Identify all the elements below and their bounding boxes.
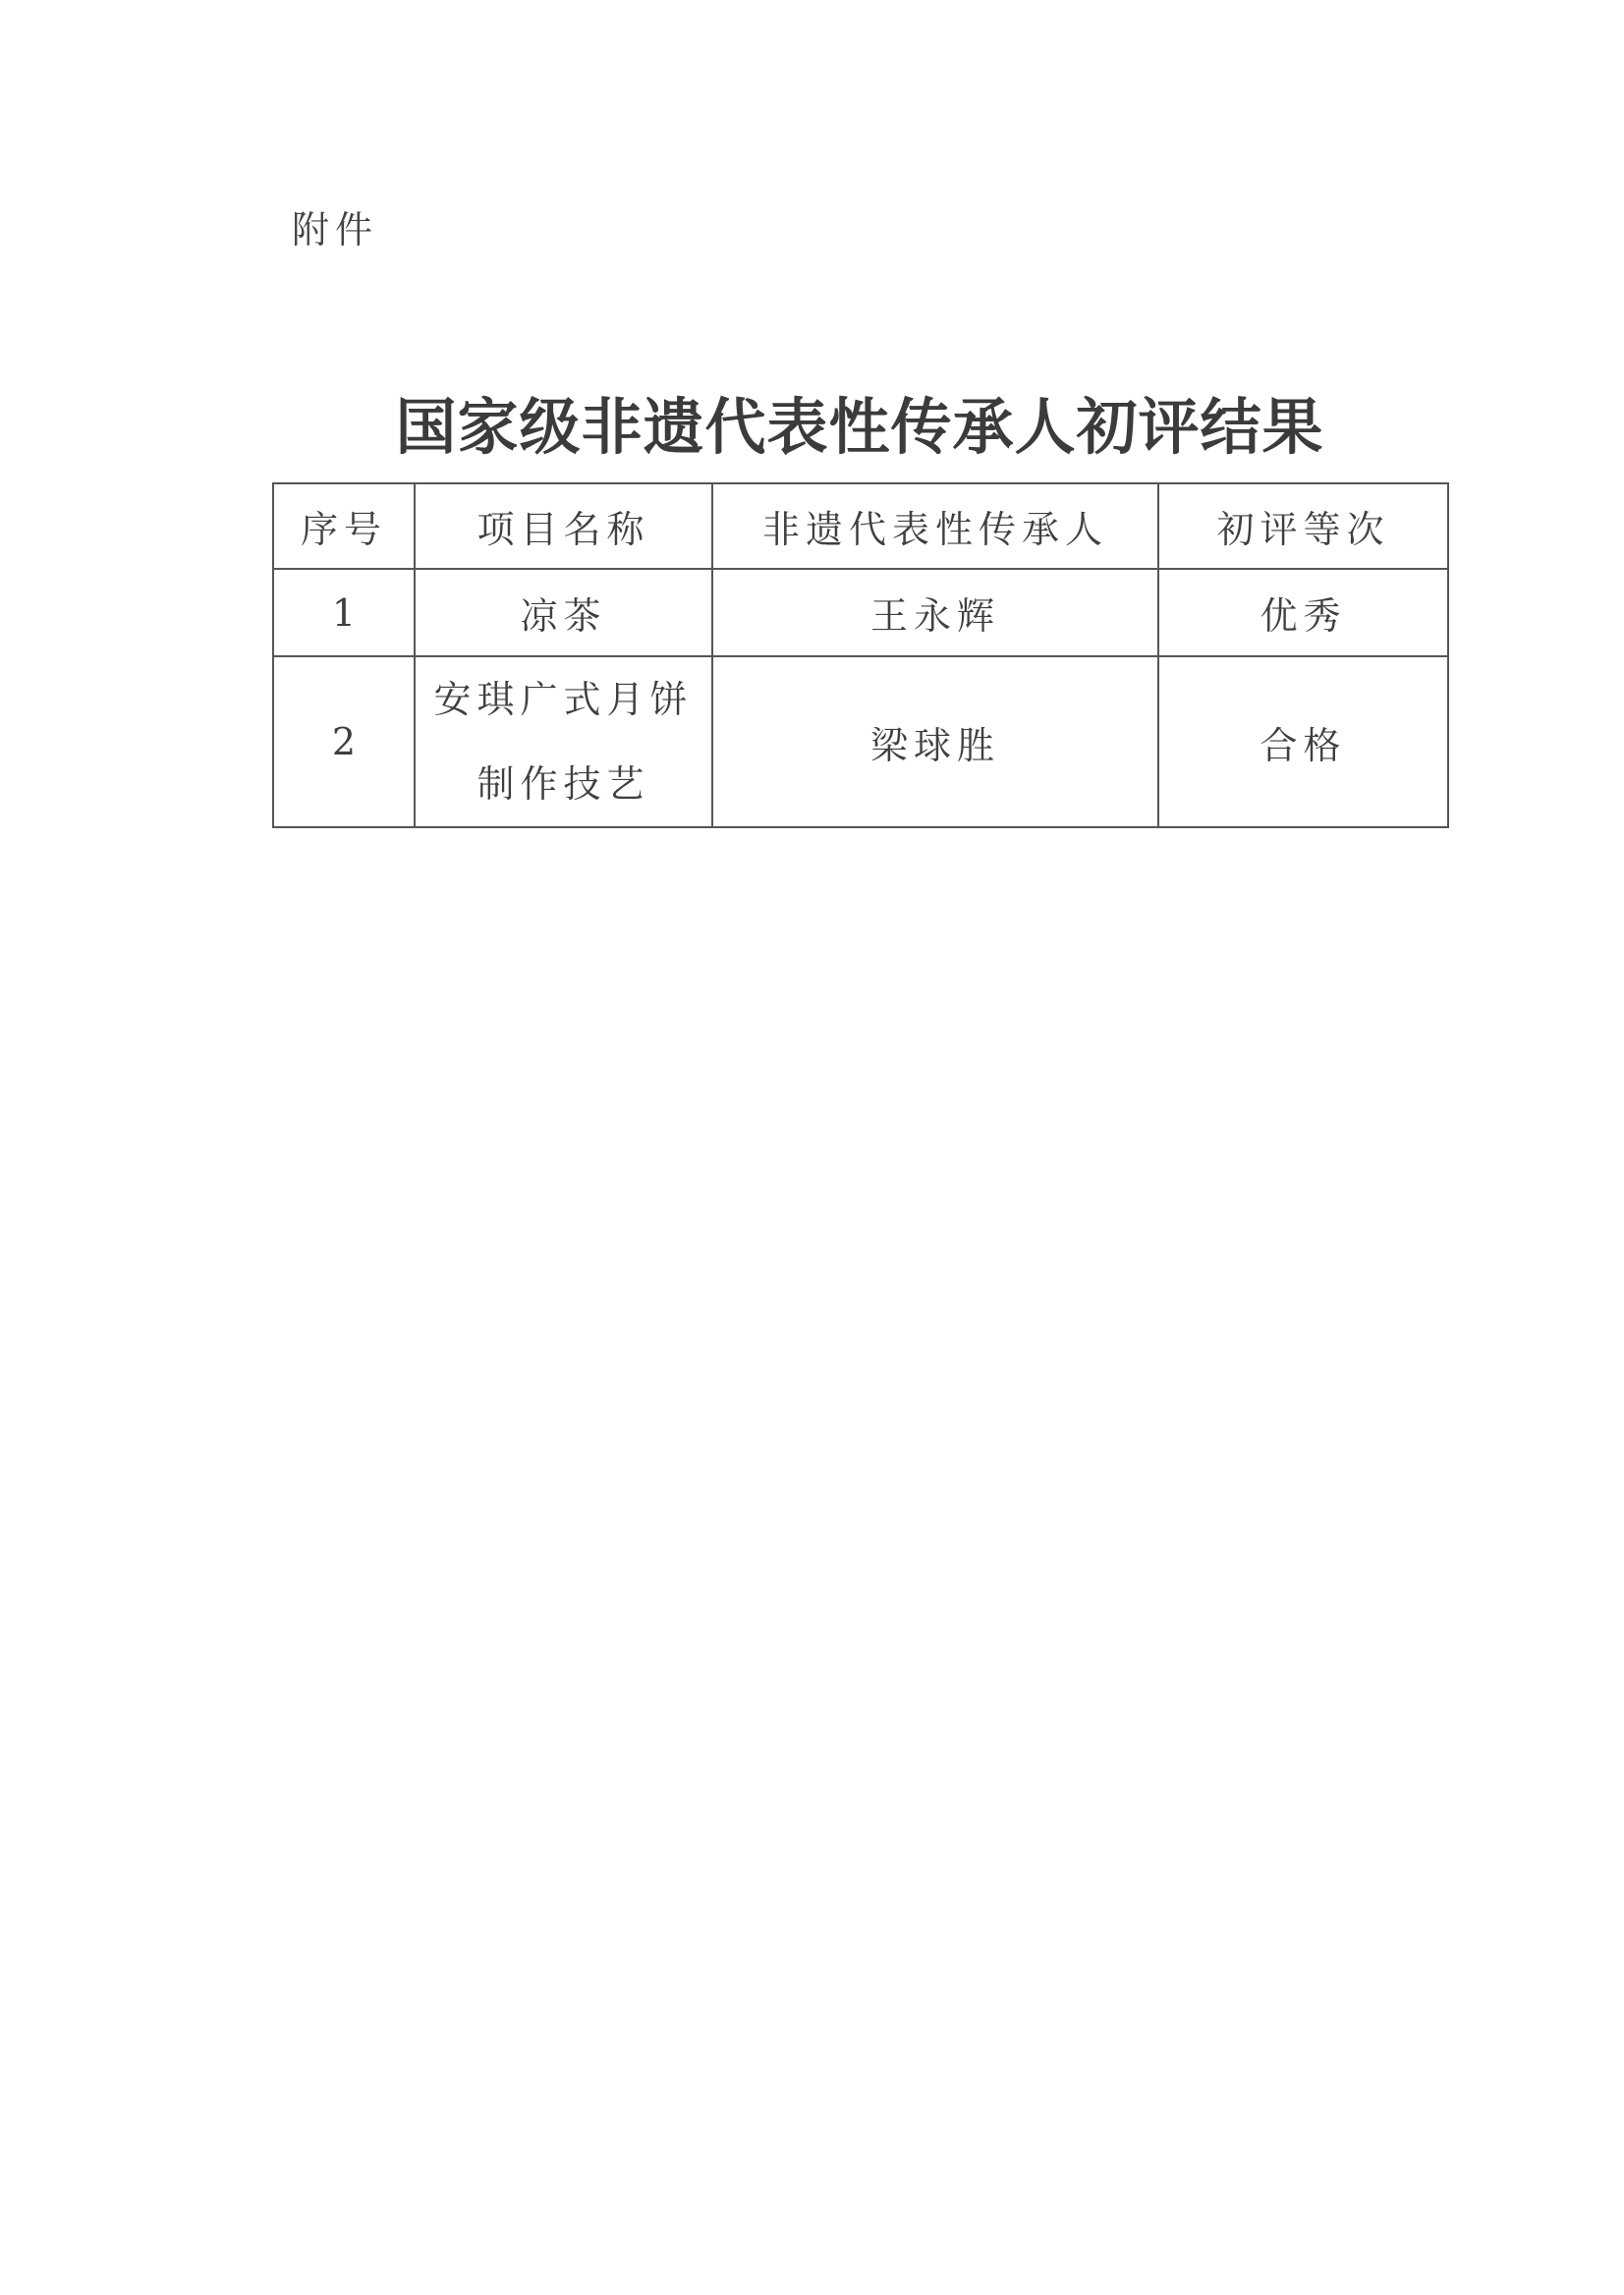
cell-project: 安琪广式月饼 制作技艺 (415, 656, 712, 827)
table-row: 1 凉茶 王永辉 优秀 (273, 569, 1448, 656)
cell-grade: 优秀 (1158, 569, 1448, 656)
header-grade: 初评等次 (1158, 483, 1448, 569)
header-project-name: 项目名称 (415, 483, 712, 569)
cell-inheritor: 王永辉 (712, 569, 1158, 656)
attachment-label: 附件 (292, 199, 378, 253)
header-index: 序号 (273, 483, 415, 569)
table-row: 2 安琪广式月饼 制作技艺 梁球胜 合格 (273, 656, 1448, 827)
cell-inheritor: 梁球胜 (712, 656, 1158, 827)
cell-project-line: 制作技艺 (416, 742, 711, 826)
header-inheritor: 非遗代表性传承人 (712, 483, 1158, 569)
results-table: 序号 项目名称 非遗代表性传承人 初评等次 1 凉茶 王永辉 优秀 2 安琪广式… (272, 482, 1449, 828)
document-title: 国家级非遗代表性传承人初评结果 (295, 378, 1425, 466)
cell-project: 凉茶 (415, 569, 712, 656)
cell-grade: 合格 (1158, 656, 1448, 827)
cell-index: 1 (273, 569, 415, 656)
cell-index: 2 (273, 656, 415, 827)
cell-project-line: 安琪广式月饼 (416, 657, 711, 742)
table-header-row: 序号 项目名称 非遗代表性传承人 初评等次 (273, 483, 1448, 569)
